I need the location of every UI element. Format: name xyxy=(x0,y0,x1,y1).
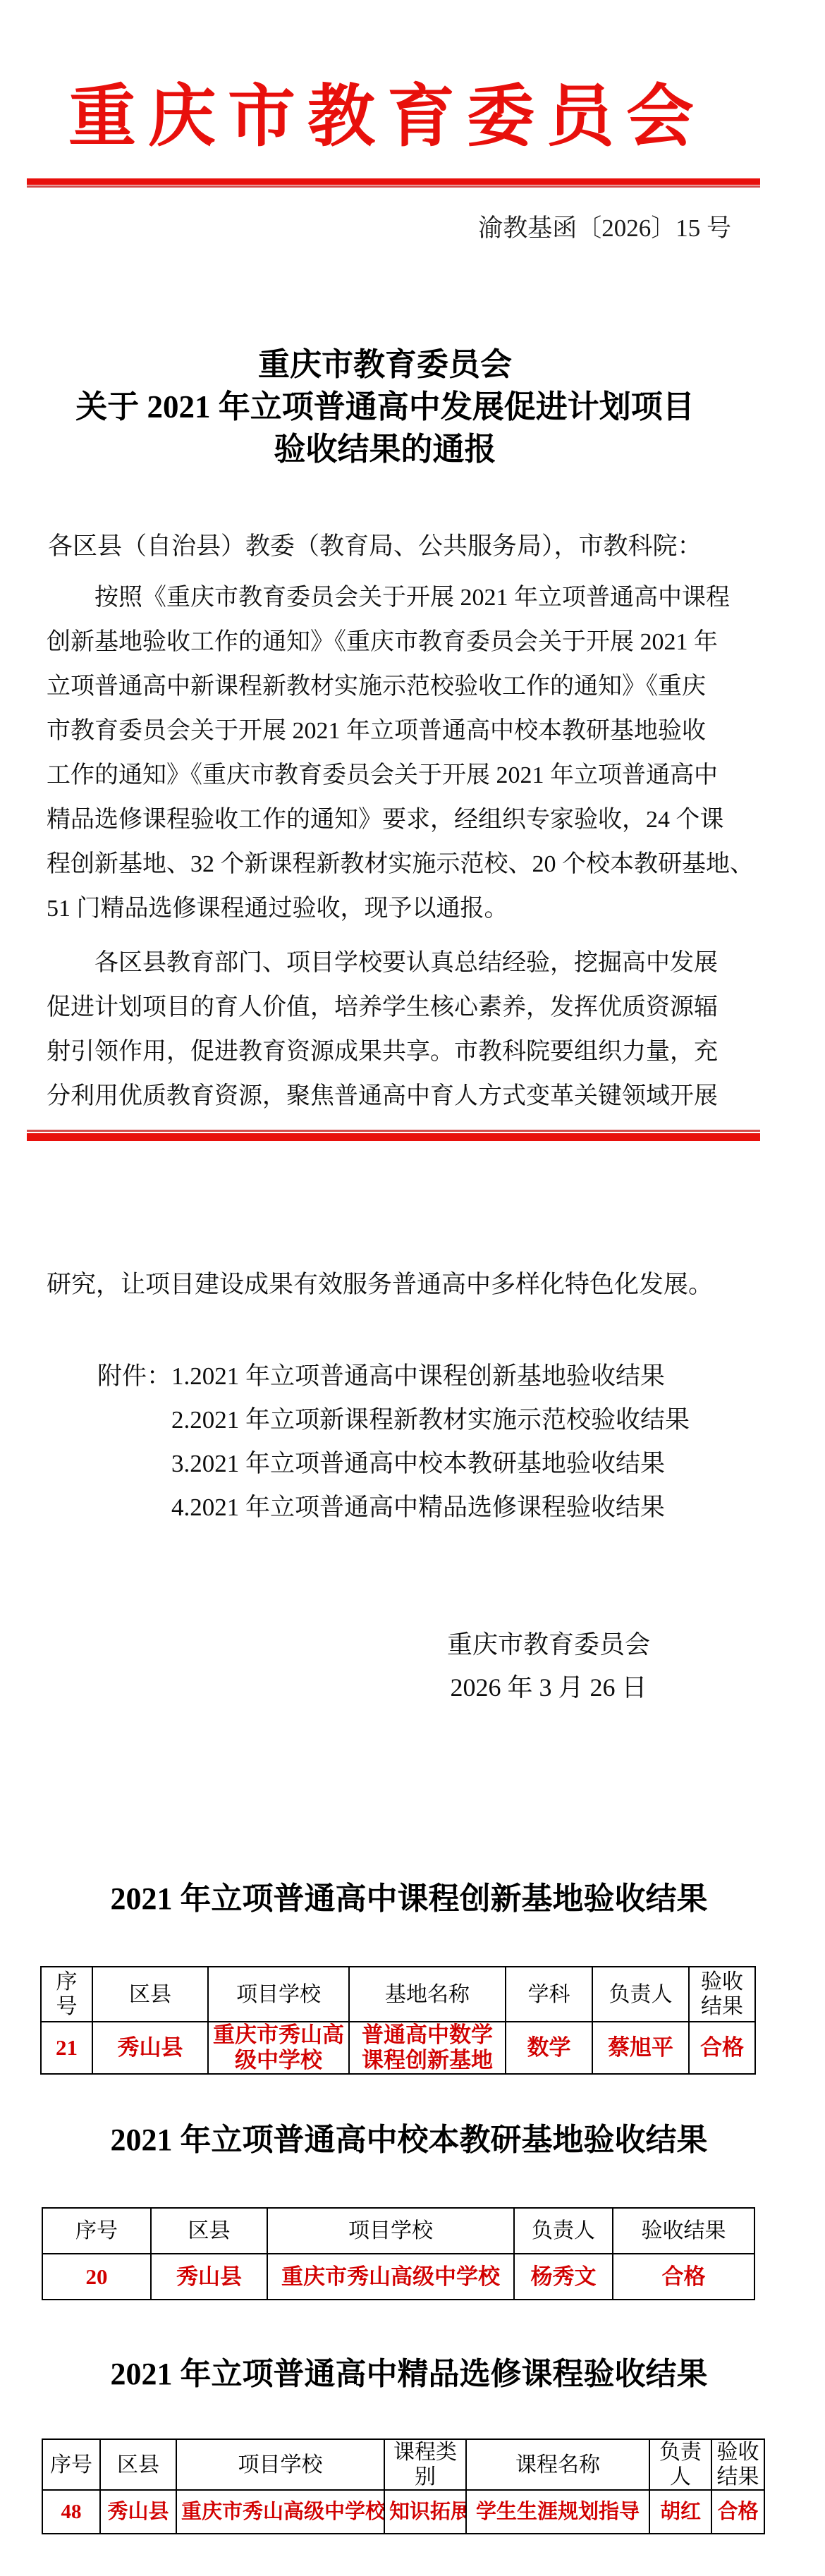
table2-cell-district: 秀山县 xyxy=(151,2254,267,2300)
attachments-label: 附件： xyxy=(97,1362,171,1390)
official-document-page: 重庆市教育委员会 渝教基函〔2026〕15 号 重庆市教育委员会 关于 2021… xyxy=(0,0,825,2576)
table2-header-row: 序号 区县 项目学校 负责人 验收结果 xyxy=(42,2208,754,2254)
red-rule-thin xyxy=(27,185,760,188)
table2-data-row: 20 秀山县 重庆市秀山高级中学校 杨秀文 合格 xyxy=(42,2254,754,2300)
table1-cell-subject: 数学 xyxy=(506,2022,592,2074)
table1-header-no: 序号 xyxy=(41,1967,92,2022)
table3-cell-school: 重庆市秀山高级中学校 xyxy=(176,2490,384,2534)
table3-title: 2021 年立项普通高中精品选修课程验收结果 xyxy=(0,2357,821,2392)
table3-cell-course-name: 学生生涯规划指导 xyxy=(466,2490,649,2534)
table2-header-district: 区县 xyxy=(151,2208,267,2254)
document-number: 渝教基函〔2026〕15 号 xyxy=(478,212,731,245)
salutation-line: 各区县（自治县）教委（教育局、公共服务局），市教科院： xyxy=(48,525,781,568)
table2-header-no: 序号 xyxy=(42,2208,151,2254)
table1-course-innovation-bases: 序号 区县 项目学校 基地名称 学科 负责人 验收结果 21 秀山县 重庆市秀山… xyxy=(40,1966,756,2075)
red-rule-thick xyxy=(27,1133,760,1141)
red-separator-page-break xyxy=(27,1130,760,1141)
attachment-item-1: 1.2021 年立项普通高中课程创新基地验收结果 xyxy=(171,1362,665,1390)
table2-header-leader: 负责人 xyxy=(514,2208,613,2254)
table3-header-category: 课程类别 xyxy=(384,2439,466,2490)
attachment-item-4: 4.2021 年立项普通高中精品选修课程验收结果 xyxy=(171,1486,690,1530)
table3-header-school: 项目学校 xyxy=(176,2439,384,2490)
table1-cell-result: 合格 xyxy=(689,2022,755,2074)
body-paragraph-3: 研究，让项目建设成果有效服务普通高中多样化特色化发展。 xyxy=(47,1267,757,1302)
table2-cell-no: 20 xyxy=(42,2254,151,2300)
table3-cell-no: 48 xyxy=(42,2490,100,2534)
signature-org-name: 重庆市教育委员会 xyxy=(407,1623,690,1666)
table2-header-school: 项目学校 xyxy=(267,2208,514,2254)
attachment-item-3: 3.2021 年立项普通高中校本教研基地验收结果 xyxy=(171,1442,690,1486)
table2-school-research-bases: 序号 区县 项目学校 负责人 验收结果 20 秀山县 重庆市秀山高级中学校 杨秀… xyxy=(42,2207,755,2300)
table2-header-result: 验收结果 xyxy=(613,2208,754,2254)
table3-header-no: 序号 xyxy=(42,2439,100,2490)
attachments-block: 附件：1.2021 年立项普通高中课程创新基地验收结果 2.2021 年立项新课… xyxy=(97,1355,690,1530)
table1-cell-no: 21 xyxy=(41,2022,92,2074)
table1-header-school: 项目学校 xyxy=(208,1967,349,2022)
table3-header-district: 区县 xyxy=(100,2439,176,2490)
table1-header-subject: 学科 xyxy=(506,1967,592,2022)
attachment-line-1: 附件：1.2021 年立项普通高中课程创新基地验收结果 xyxy=(97,1355,690,1398)
table1-cell-base-name: 普通高中数学课程创新基地 xyxy=(349,2022,506,2074)
table3-cell-district: 秀山县 xyxy=(100,2490,176,2534)
signature-date: 2026 年 3 月 26 日 xyxy=(407,1666,690,1709)
table3-cell-result: 合格 xyxy=(711,2490,764,2534)
table1-header-result: 验收结果 xyxy=(689,1967,755,2022)
table3-header-result: 验收结果 xyxy=(711,2439,764,2490)
table2-title: 2021 年立项普通高中校本教研基地验收结果 xyxy=(0,2123,821,2158)
table2-cell-school: 重庆市秀山高级中学校 xyxy=(267,2254,514,2300)
table1-header-row: 序号 区县 项目学校 基地名称 学科 负责人 验收结果 xyxy=(41,1967,755,2022)
body-paragraph-2: 各区县教育部门、项目学校要认真总结经验，挖掘高中发展 促进计划项目的育人价值，培… xyxy=(47,941,757,1118)
table1-data-row: 21 秀山县 重庆市秀山高级中学校 普通高中数学课程创新基地 数学 蔡旭平 合格 xyxy=(41,2022,755,2074)
table3-header-course-name: 课程名称 xyxy=(466,2439,649,2490)
table3-cell-category: 知识拓展 xyxy=(384,2490,466,2534)
table3-elective-courses: 序号 区县 项目学校 课程类别 课程名称 负责人 验收结果 48 秀山县 重庆市… xyxy=(42,2438,765,2534)
document-title-line2: 关于 2021 年立项普通高中发展促进计划项目 xyxy=(0,386,797,428)
red-rule-thick xyxy=(27,178,760,185)
table3-cell-leader: 胡红 xyxy=(649,2490,711,2534)
table1-cell-leader: 蔡旭平 xyxy=(592,2022,689,2074)
table3-header-row: 序号 区县 项目学校 课程类别 课程名称 负责人 验收结果 xyxy=(42,2439,764,2490)
attachment-item-2: 2.2021 年立项新课程新教材实施示范校验收结果 xyxy=(171,1398,690,1442)
red-separator-top xyxy=(27,178,760,188)
table2-cell-result: 合格 xyxy=(613,2254,754,2300)
table2-cell-leader: 杨秀文 xyxy=(514,2254,613,2300)
body-paragraph-1: 按照《重庆市教育委员会关于开展 2021 年立项普通高中课程 创新基地验收工作的… xyxy=(47,575,757,931)
table1-cell-district: 秀山县 xyxy=(92,2022,208,2074)
table3-data-row: 48 秀山县 重庆市秀山高级中学校 知识拓展 学生生涯规划指导 胡红 合格 xyxy=(42,2490,764,2534)
table1-title: 2021 年立项普通高中课程创新基地验收结果 xyxy=(0,1881,821,1917)
letterhead-org-name: 重庆市教育委员会 xyxy=(0,68,800,166)
document-title-line1: 重庆市教育委员会 xyxy=(0,343,797,386)
document-title: 重庆市教育委员会 关于 2021 年立项普通高中发展促进计划项目 验收结果的通报 xyxy=(0,343,797,470)
table1-header-leader: 负责人 xyxy=(592,1967,689,2022)
table1-cell-school: 重庆市秀山高级中学校 xyxy=(208,2022,349,2074)
document-title-line3: 验收结果的通报 xyxy=(0,428,797,470)
table3-header-leader: 负责人 xyxy=(649,2439,711,2490)
table1-header-base-name: 基地名称 xyxy=(349,1967,506,2022)
signature-block: 重庆市教育委员会 2026 年 3 月 26 日 xyxy=(407,1623,690,1709)
table1-header-district: 区县 xyxy=(92,1967,208,2022)
